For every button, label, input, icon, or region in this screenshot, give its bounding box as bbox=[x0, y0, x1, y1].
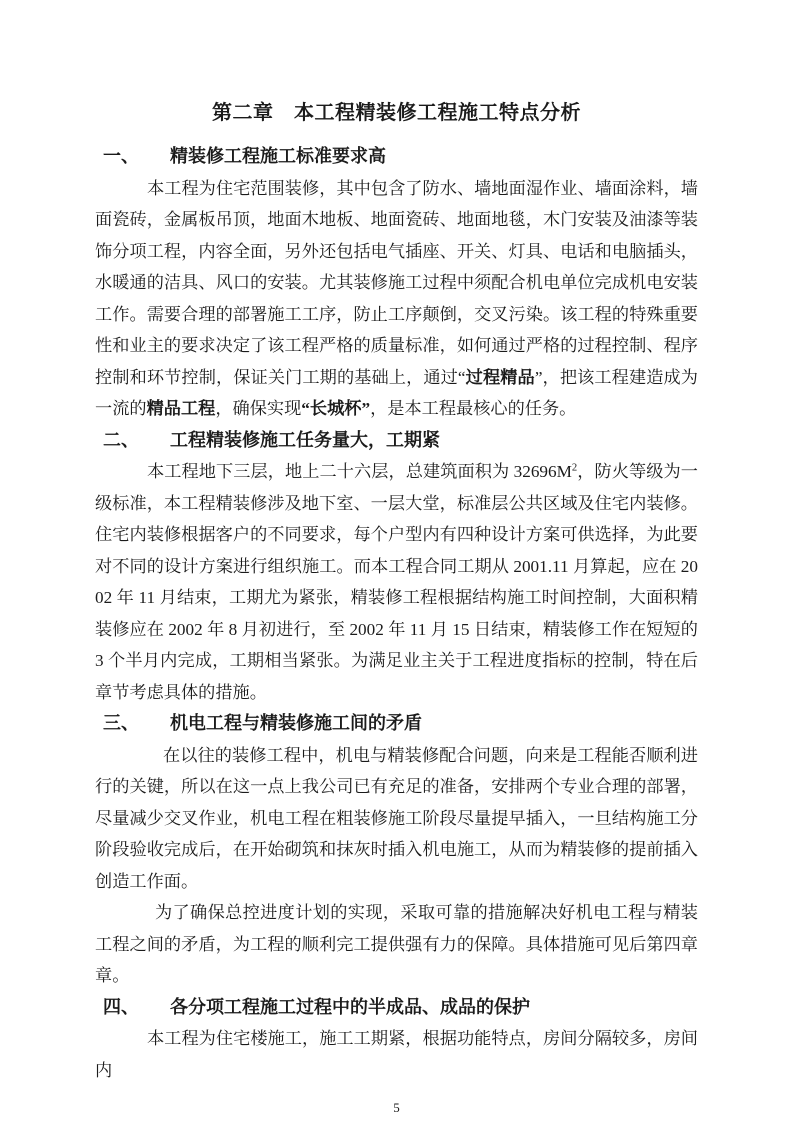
section-4: 四、各分项工程施工过程中的半成品、成品的保护 本工程为住宅楼施工，施工工期紧，根… bbox=[95, 992, 698, 1087]
page-number: 5 bbox=[393, 1100, 400, 1115]
section-2: 二、工程精装修施工任务量大，工期紧 本工程地下三层，地上二十六层，总建筑面积为 … bbox=[95, 425, 698, 709]
section-1-heading: 一、精装修工程施工标准要求高 bbox=[95, 141, 698, 173]
section-3-number: 三、 bbox=[103, 708, 170, 740]
paragraph: 本工程为住宅范围装修，其中包含了防水、墙地面湿作业、墙面涂料，墙面瓷砖，金属板吊… bbox=[95, 173, 698, 425]
chapter-title: 第二章 本工程精装修工程施工特点分析 bbox=[95, 95, 698, 131]
section-3: 三、机电工程与精装修施工间的矛盾 在以往的装修工程中，机电与精装修配合问题，向来… bbox=[95, 708, 698, 992]
section-2-heading: 二、工程精装修施工任务量大，工期紧 bbox=[95, 425, 698, 457]
section-2-title: 工程精装修施工任务量大，工期紧 bbox=[170, 430, 440, 450]
section-1-title: 精装修工程施工标准要求高 bbox=[170, 146, 386, 166]
document-page: 第二章 本工程精装修工程施工特点分析 一、精装修工程施工标准要求高 本工程为住宅… bbox=[0, 0, 793, 1122]
section-4-title: 各分项工程施工过程中的半成品、成品的保护 bbox=[170, 997, 530, 1017]
paragraph: 本工程为住宅楼施工，施工工期紧，根据功能特点，房间分隔较多，房间内 bbox=[95, 1023, 698, 1086]
paragraph: 在以往的装修工程中，机电与精装修配合问题，向来是工程能否顺利进行的关键，所以在这… bbox=[95, 740, 698, 898]
section-1: 一、精装修工程施工标准要求高 本工程为住宅范围装修，其中包含了防水、墙地面湿作业… bbox=[95, 141, 698, 425]
paragraph: 本工程地下三层，地上二十六层，总建筑面积为 32696M2，防火等级为一级标准，… bbox=[95, 456, 698, 708]
section-2-number: 二、 bbox=[103, 425, 170, 457]
page-number-footer: 5 bbox=[95, 1098, 698, 1118]
paragraph: 为了确保总控进度计划的实现，采取可靠的措施解决好机电工程与精装工程之间的矛盾，为… bbox=[95, 897, 698, 992]
section-3-heading: 三、机电工程与精装修施工间的矛盾 bbox=[95, 708, 698, 740]
section-4-heading: 四、各分项工程施工过程中的半成品、成品的保护 bbox=[95, 992, 698, 1024]
section-1-number: 一、 bbox=[103, 141, 170, 173]
section-4-number: 四、 bbox=[103, 992, 170, 1024]
section-3-title: 机电工程与精装修施工间的矛盾 bbox=[170, 713, 422, 733]
